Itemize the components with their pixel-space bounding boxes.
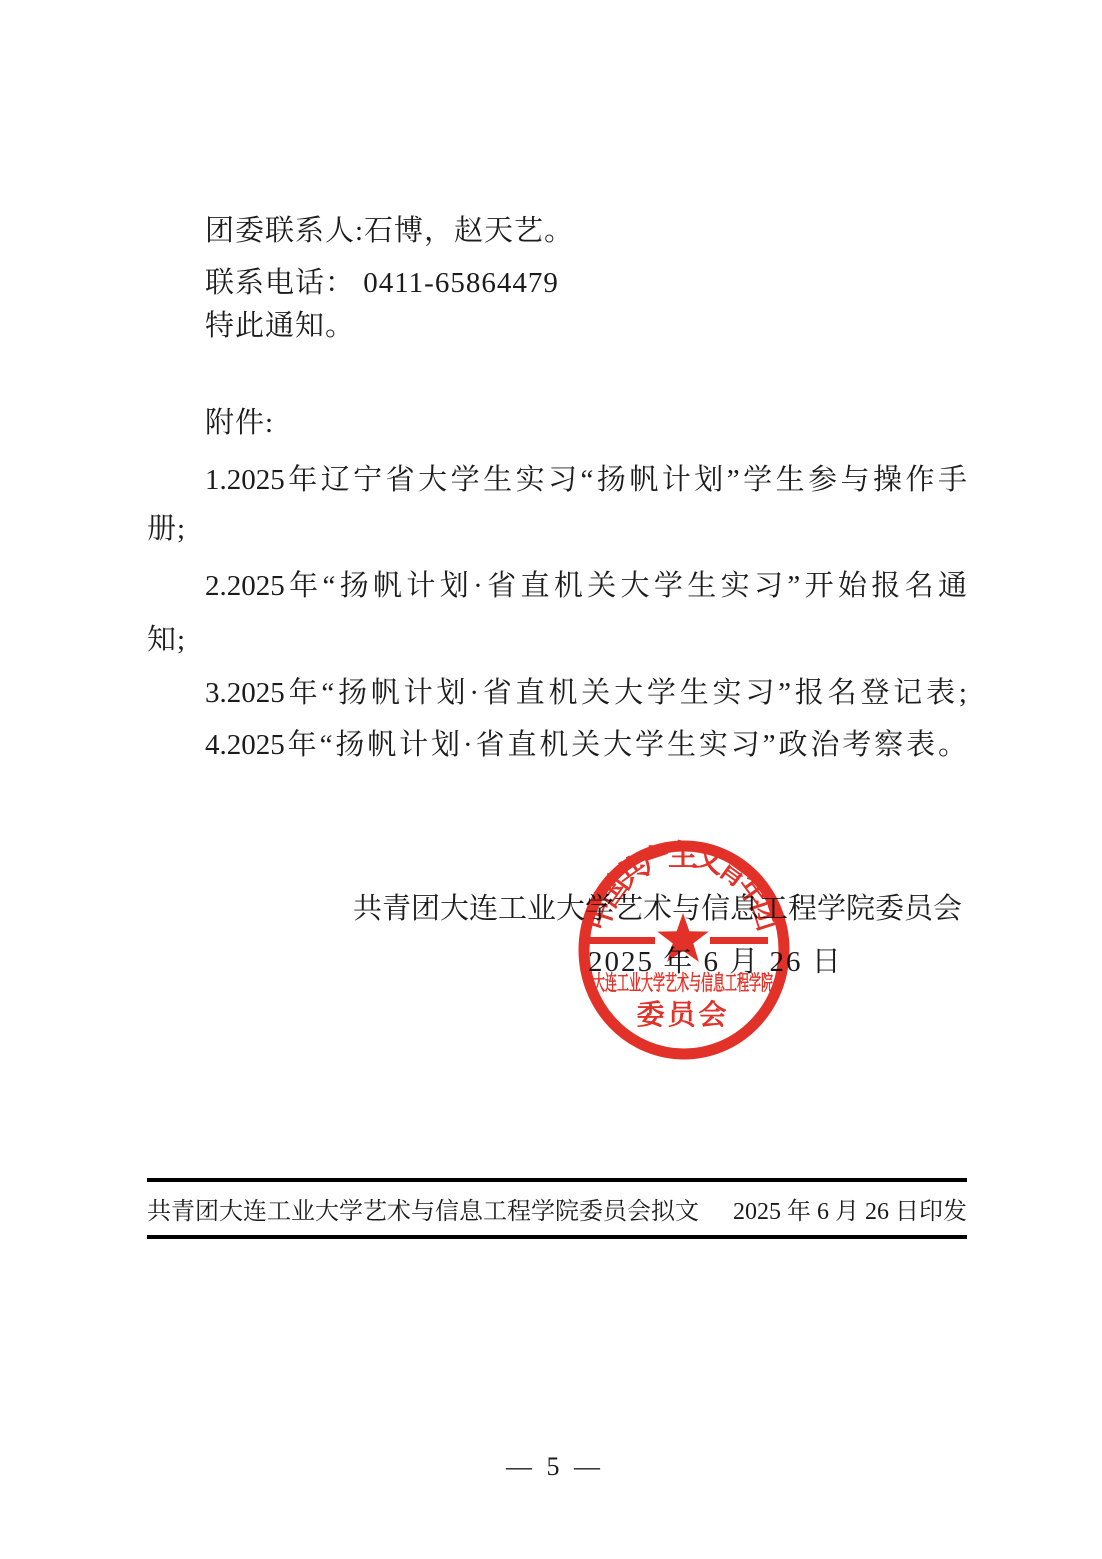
contact-phone-line: 联系电话： 0411-65864479 bbox=[205, 265, 559, 301]
seal-committee-text: 委员会 bbox=[636, 999, 729, 1030]
attachment-3-line: 3.2025年“扬帆计划·省直机关大学生实习”报名登记表; bbox=[205, 675, 967, 711]
seal-org-name: 大连工业大学艺术与信息工程学院 bbox=[593, 971, 773, 995]
official-seal: 中国共产主义青年团 大连工业大学艺术与信息工程学院 委员会 bbox=[554, 810, 814, 1070]
page-number: — 5 — bbox=[0, 1452, 1102, 1482]
attachment-1-line-2: 册; bbox=[147, 511, 186, 547]
footer-bar: 共青团大连工业大学艺术与信息工程学院委员会拟文 2025 年 6 月 26 日印… bbox=[147, 1178, 967, 1239]
seal-star-icon bbox=[657, 913, 708, 962]
contact-person-line: 团委联系人:石博，赵天艺。 bbox=[205, 213, 574, 249]
attachment-2-line-2: 知; bbox=[147, 622, 186, 658]
attachment-1-line-1: 1.2025年辽宁省大学生实习“扬帆计划”学生参与操作手 bbox=[205, 462, 967, 498]
document-page: 团委联系人:石博，赵天艺。 联系电话： 0411-65864479 特此通知。 … bbox=[0, 0, 1102, 1559]
attachments-label: 附件: bbox=[205, 405, 274, 441]
notice-line: 特此通知。 bbox=[205, 308, 355, 344]
attachment-4-line: 4.2025年“扬帆计划·省直机关大学生实习”政治考察表。 bbox=[205, 727, 967, 763]
footer-print-date: 2025 年 6 月 26 日印发 bbox=[733, 1191, 967, 1226]
footer-issuer: 共青团大连工业大学艺术与信息工程学院委员会拟文 bbox=[147, 1191, 699, 1226]
attachment-2-line-1: 2.2025年“扬帆计划·省直机关大学生实习”开始报名通 bbox=[205, 568, 967, 604]
seal-right-bar bbox=[710, 937, 768, 944]
seal-left-bar bbox=[588, 937, 655, 944]
